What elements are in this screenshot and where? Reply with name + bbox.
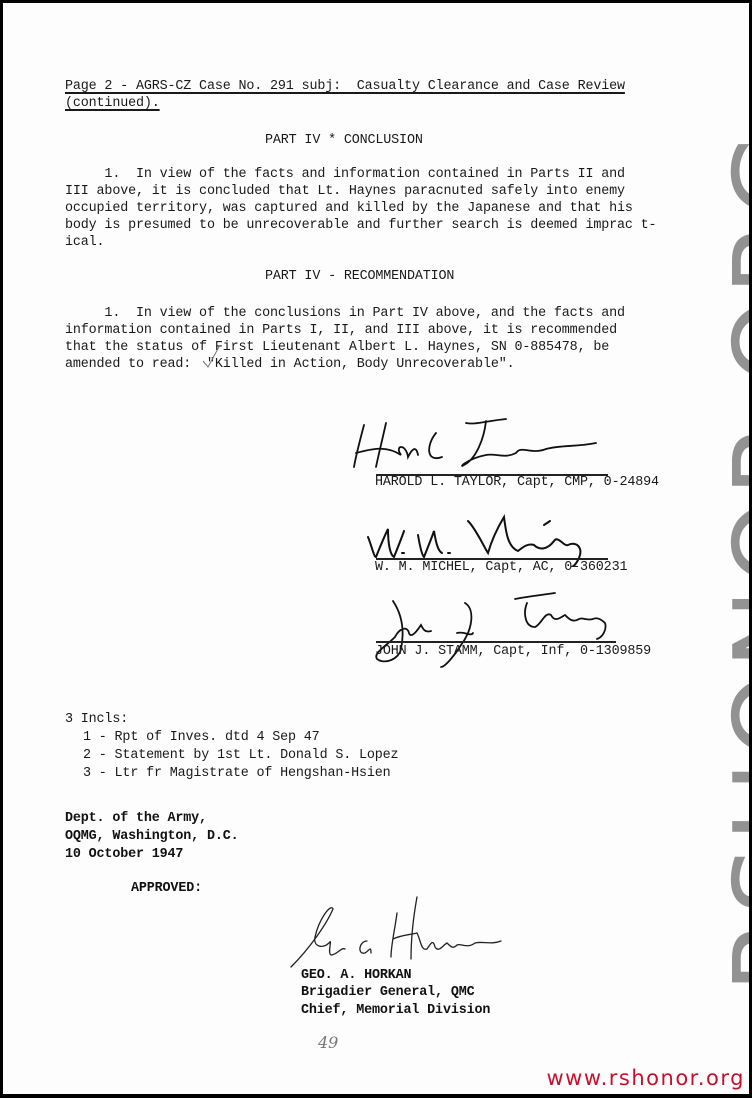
endorsement-line: OQMG, Washington, D.C. [65, 828, 239, 846]
conclusion-line: III above, it is concluded that Lt. Hayn… [65, 183, 625, 201]
inclosure-item: 1 - Rpt of Inves. dtd 4 Sep 47 [83, 729, 320, 747]
header-continued: (continued). [65, 95, 160, 113]
typed-name-michel: W. M. MICHEL, Capt, AC, 0-360231 [375, 559, 627, 577]
header-subject-line: Page 2 - AGRS-CZ Case No. 291 subj: Casu… [65, 78, 625, 96]
conclusion-line: ical. [65, 234, 104, 252]
conclusion-heading: PART IV * CONCLUSION [265, 132, 423, 150]
approver-rank: Brigadier General, QMC [301, 984, 475, 1002]
endorsement-date: 10 October 1947 [65, 846, 183, 864]
handwritten-page-number: 49 [318, 1033, 338, 1052]
typed-name-taylor: HAROLD L. TAYLOR, Capt, CMP, 0-24894 [375, 474, 659, 492]
recommendation-heading: PART IV - RECOMMENDATION [265, 268, 454, 286]
approved-label: APPROVED: [131, 880, 202, 898]
endorsement-line: Dept. of the Army, [65, 810, 207, 828]
conclusion-line: occupied territory, was captured and kil… [65, 200, 633, 218]
approver-title: Chief, Memorial Division [301, 1002, 490, 1020]
document-page: Page 2 - AGRS-CZ Case No. 291 subj: Casu… [3, 3, 749, 1094]
watermark-text: RSHONOR.ORG [729, 115, 749, 993]
watermark: RSHONOR.ORG [637, 115, 727, 993]
signature-horkan [271, 893, 531, 973]
inclosure-item: 3 - Ltr fr Magistrate of Hengshan-Hsien [83, 765, 391, 783]
inclosure-item: 2 - Statement by 1st Lt. Donald S. Lopez [83, 747, 398, 765]
signature-taylor [346, 415, 606, 475]
conclusion-line: body is presumed to be unrecoverable and… [65, 217, 656, 235]
conclusion-line: 1. In view of the facts and information … [65, 166, 625, 184]
inclosures-title: 3 Incls: [65, 711, 128, 729]
recommendation-line: 1. In view of the conclusions in Part IV… [65, 305, 625, 323]
recommendation-line: that the status of First Lieutenant Albe… [65, 339, 609, 357]
typed-name-stamm: JOHN J. STAMM, Capt, Inf, 0-1309859 [375, 643, 651, 661]
recommendation-line: amended to read: "Killed in Action, Body… [65, 356, 515, 374]
check-mark-icon [201, 343, 223, 369]
approver-name: GEO. A. HORKAN [301, 967, 411, 985]
watermark-url: www.rshonor.org [547, 1066, 746, 1090]
recommendation-line: information contained in Parts I, II, an… [65, 322, 617, 340]
